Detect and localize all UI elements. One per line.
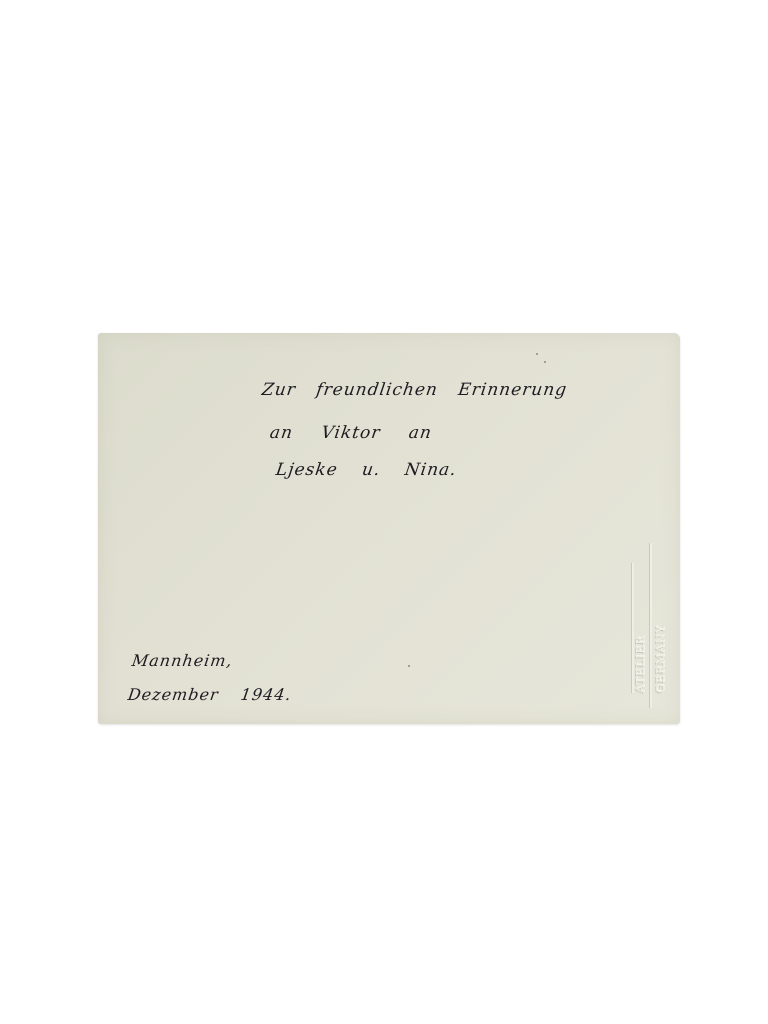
- signature-date: Dezember 1944.: [127, 685, 293, 704]
- photo-card-back: Zur freundlichen Erinnerung an Viktor an…: [98, 333, 680, 724]
- speck: [544, 361, 546, 363]
- speck: [536, 353, 538, 355]
- emboss-text-country: GERMANY: [654, 625, 667, 693]
- inscription-line-3: Ljeske u. Nina.: [275, 460, 458, 480]
- emboss-line: [650, 543, 652, 708]
- speck: [408, 665, 410, 667]
- emboss-text-studio: ATELIER: [634, 635, 647, 693]
- inscription-line-1: Zur freundlichen Erinnerung: [261, 380, 569, 400]
- signature-place: Mannheim,: [131, 651, 234, 670]
- embossed-studio-mark: ATELIER GERMANY: [624, 543, 676, 713]
- inscription-line-2: an Viktor an: [269, 423, 434, 443]
